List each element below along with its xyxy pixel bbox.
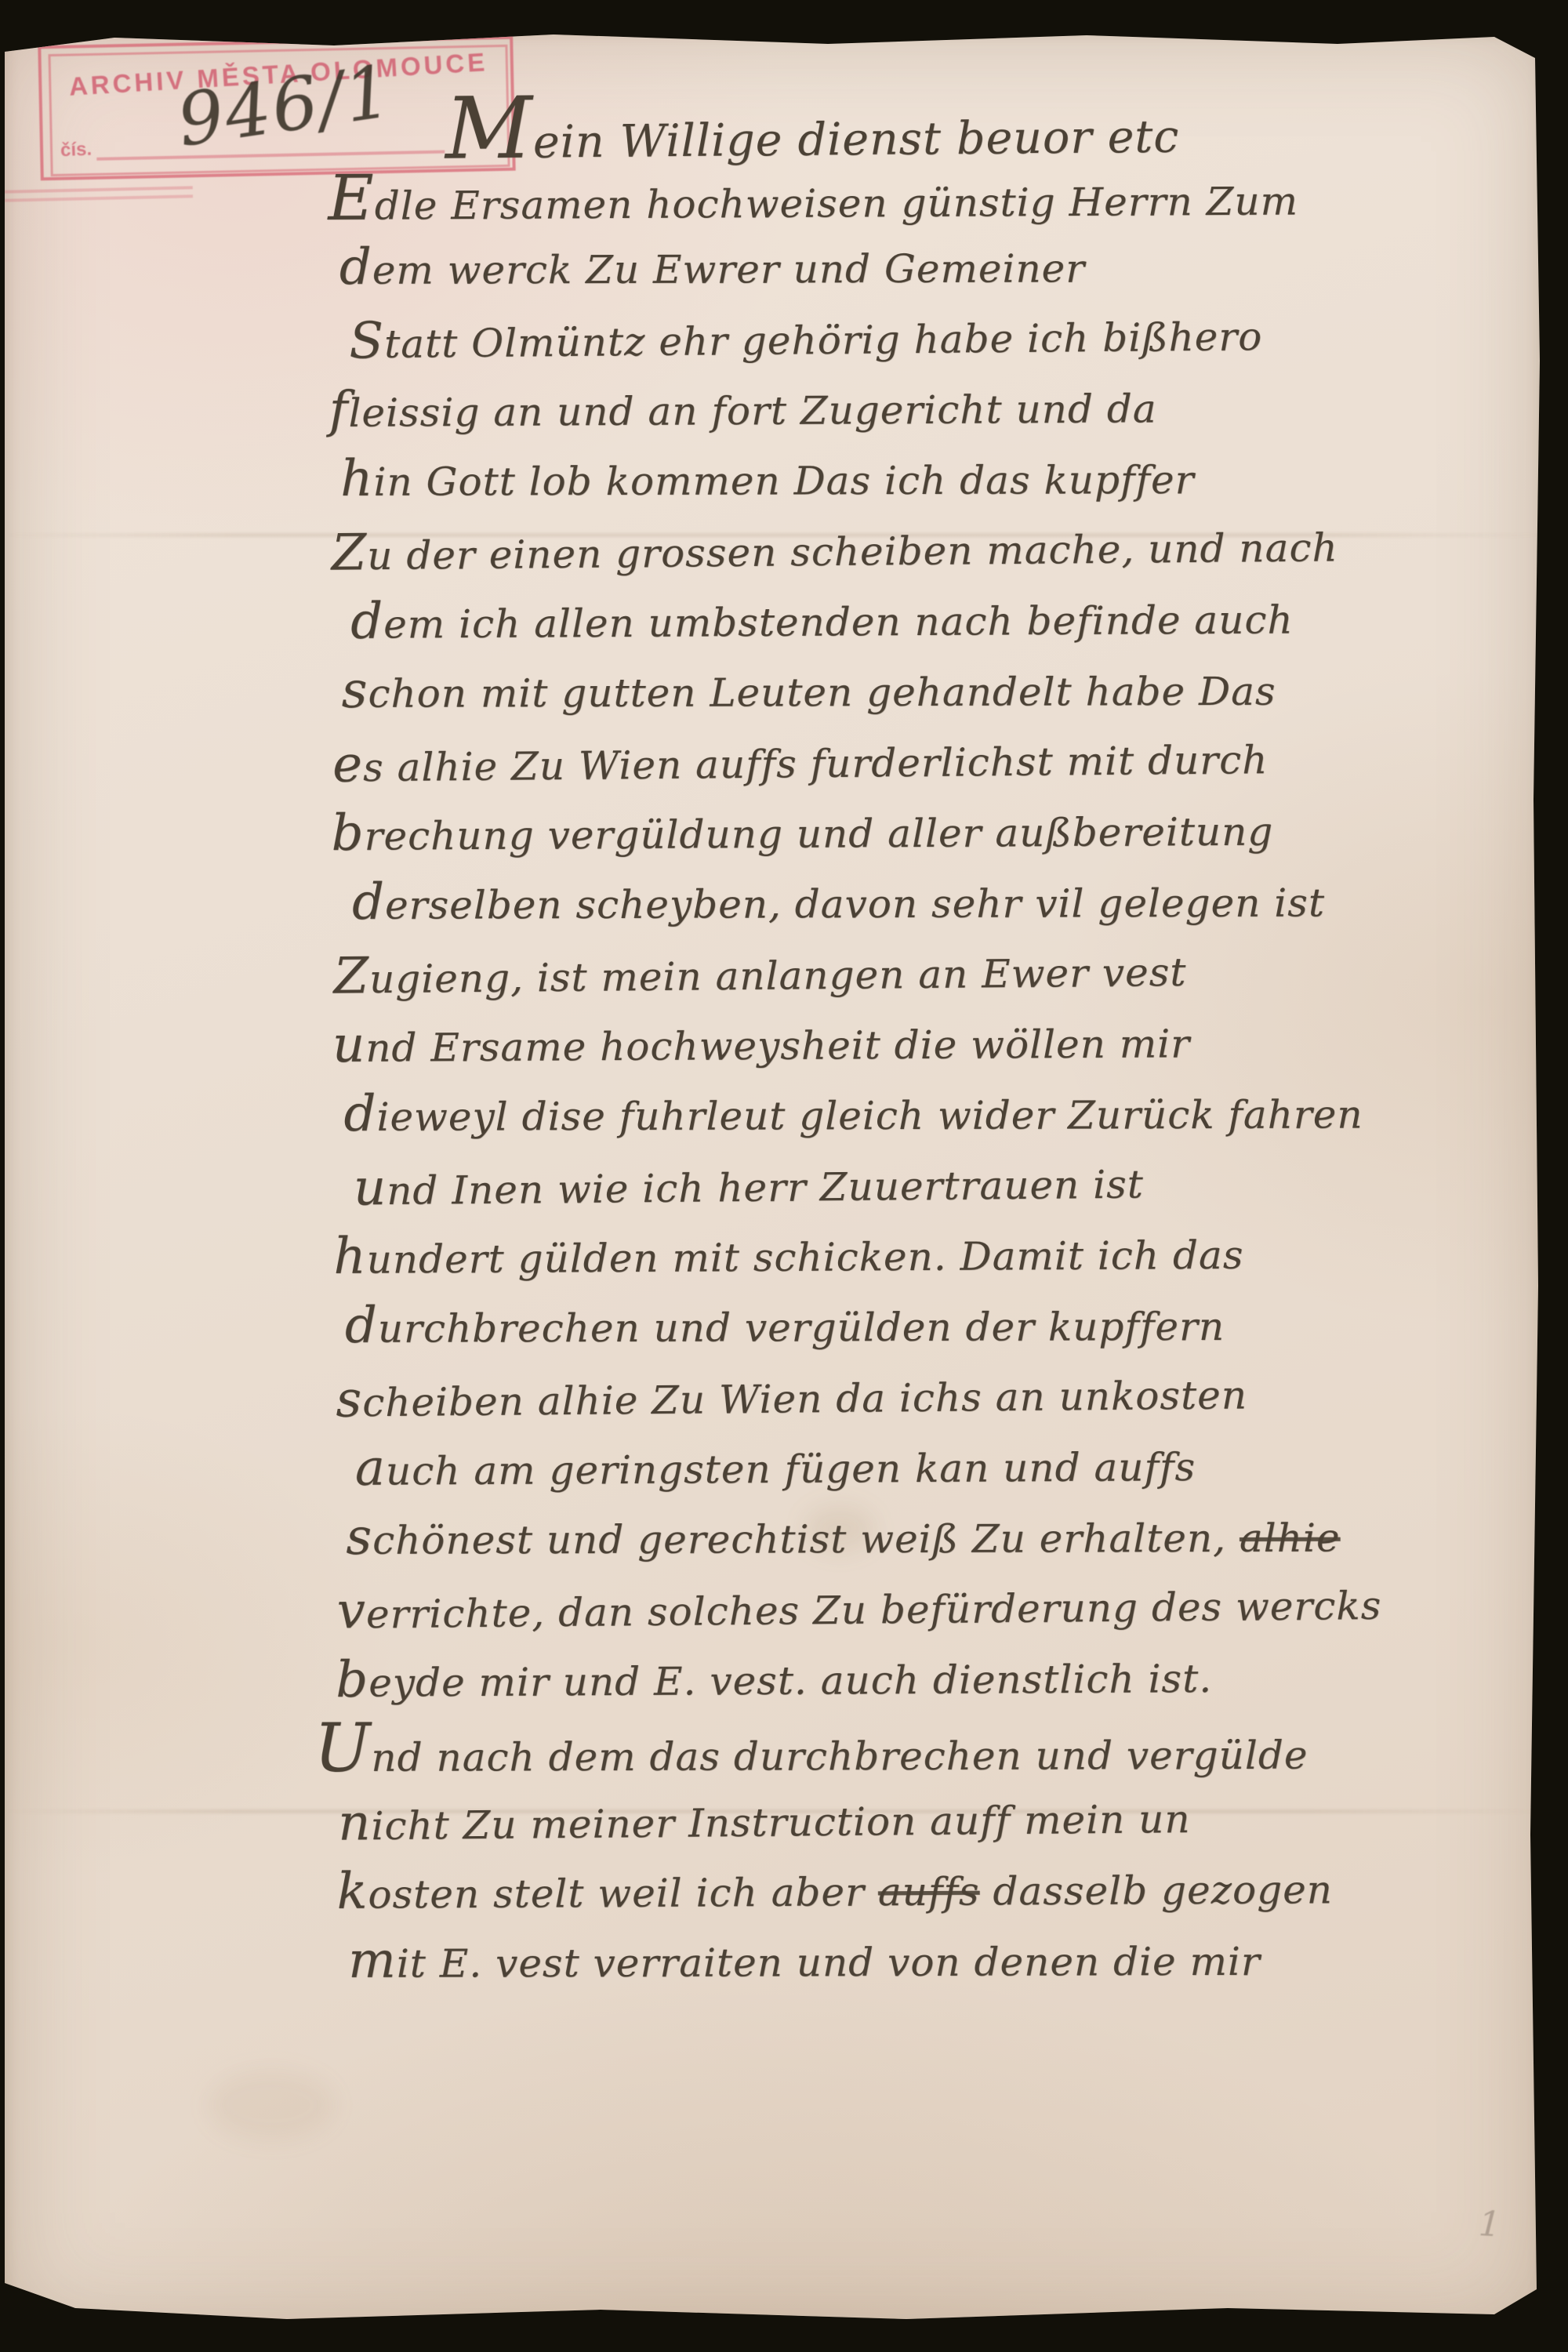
manuscript-line: Edle Ersamen hochweisen günstig Herrn Zu…	[328, 158, 1512, 235]
stamp-ink-smear	[5, 186, 193, 205]
manuscript-line: Zugieng, ist mein anlangen an Ewer vest	[333, 932, 1516, 1013]
struck-word: auffs	[878, 1869, 980, 1915]
manuscript-line: fleissig an und an fort Zugericht und da	[329, 370, 1513, 447]
manuscript-text: Mein Willige dienst beuor etcEdle Ersame…	[328, 88, 1522, 1999]
paper-stain	[209, 2070, 334, 2140]
manuscript-line: kosten stelt weil ich aber auffs dasselb…	[336, 1852, 1520, 1929]
manuscript-line: nicht Zu meiner Instruction auff mein un	[338, 1779, 1521, 1860]
manuscript-line: brechung vergüldung und aller außbereitu…	[331, 793, 1515, 870]
manuscript-line: schönest und gerechtist weiß Zu erhalten…	[346, 1501, 1519, 1574]
manuscript-line: verrichte, dan solches Zu befürderung de…	[336, 1567, 1519, 1648]
manuscript-line: dem ich allen umbstenden nach befinde au…	[350, 582, 1514, 659]
manuscript-photo: ARCHIV MĚSTA OLOMOUCE čís. 946/1 Mein Wi…	[0, 0, 1568, 2352]
manuscript-line: mit E. vest verraiten und von denen die …	[348, 1924, 1521, 1998]
manuscript-line: es alhie Zu Wien auffs furderlichst mit …	[332, 720, 1515, 801]
manuscript-line: auch am geringsten fügen kan und auffs	[355, 1428, 1519, 1505]
manuscript-line: beyde mir und E. vest. auch dienstlich i…	[336, 1640, 1519, 1717]
struck-word: alhie	[1240, 1515, 1341, 1561]
manuscript-line: Mein Willige dienst beuor etc	[445, 86, 1512, 166]
archive-stamp-number-label: čís.	[60, 139, 93, 162]
manuscript-line: Und nach dem das durchbrechen und vergül…	[314, 1712, 1520, 1786]
manuscript-line: hin Gott lob kommen Das ich das kupffer	[340, 442, 1513, 516]
letter-page: ARCHIV MĚSTA OLOMOUCE čís. 946/1 Mein Wi…	[5, 31, 1541, 2333]
manuscript-line: derselben scheyben, davon sehr vil geleg…	[352, 866, 1515, 939]
manuscript-line: hundert gülden mit schicken. Damit ich d…	[333, 1217, 1517, 1294]
manuscript-line: schon mit gutten Leuten gehandelt habe D…	[342, 654, 1515, 728]
manuscript-line: und Ersame hochweysheit die wöllen mir	[332, 1005, 1516, 1082]
manuscript-line: durchbrechen und vergülden der kupffern	[345, 1289, 1518, 1363]
manuscript-line: Zu der einen grossen scheiben mache, und…	[331, 509, 1514, 590]
manuscript-line: scheiben alhie Zu Wien da ichs an unkost…	[336, 1356, 1519, 1436]
pencil-page-number: 1	[1478, 2204, 1502, 2245]
manuscript-line: und Inen wie ich herr Zuuertrauen ist	[354, 1144, 1518, 1225]
manuscript-line: dem werck Zu Ewrer und Gemeiner	[339, 230, 1512, 304]
manuscript-line: Statt Olmüntz ehr gehörig habe ich bißhe…	[349, 297, 1513, 378]
manuscript-line: dieweyl dise fuhrleut gleich wider Zurüc…	[343, 1077, 1516, 1151]
